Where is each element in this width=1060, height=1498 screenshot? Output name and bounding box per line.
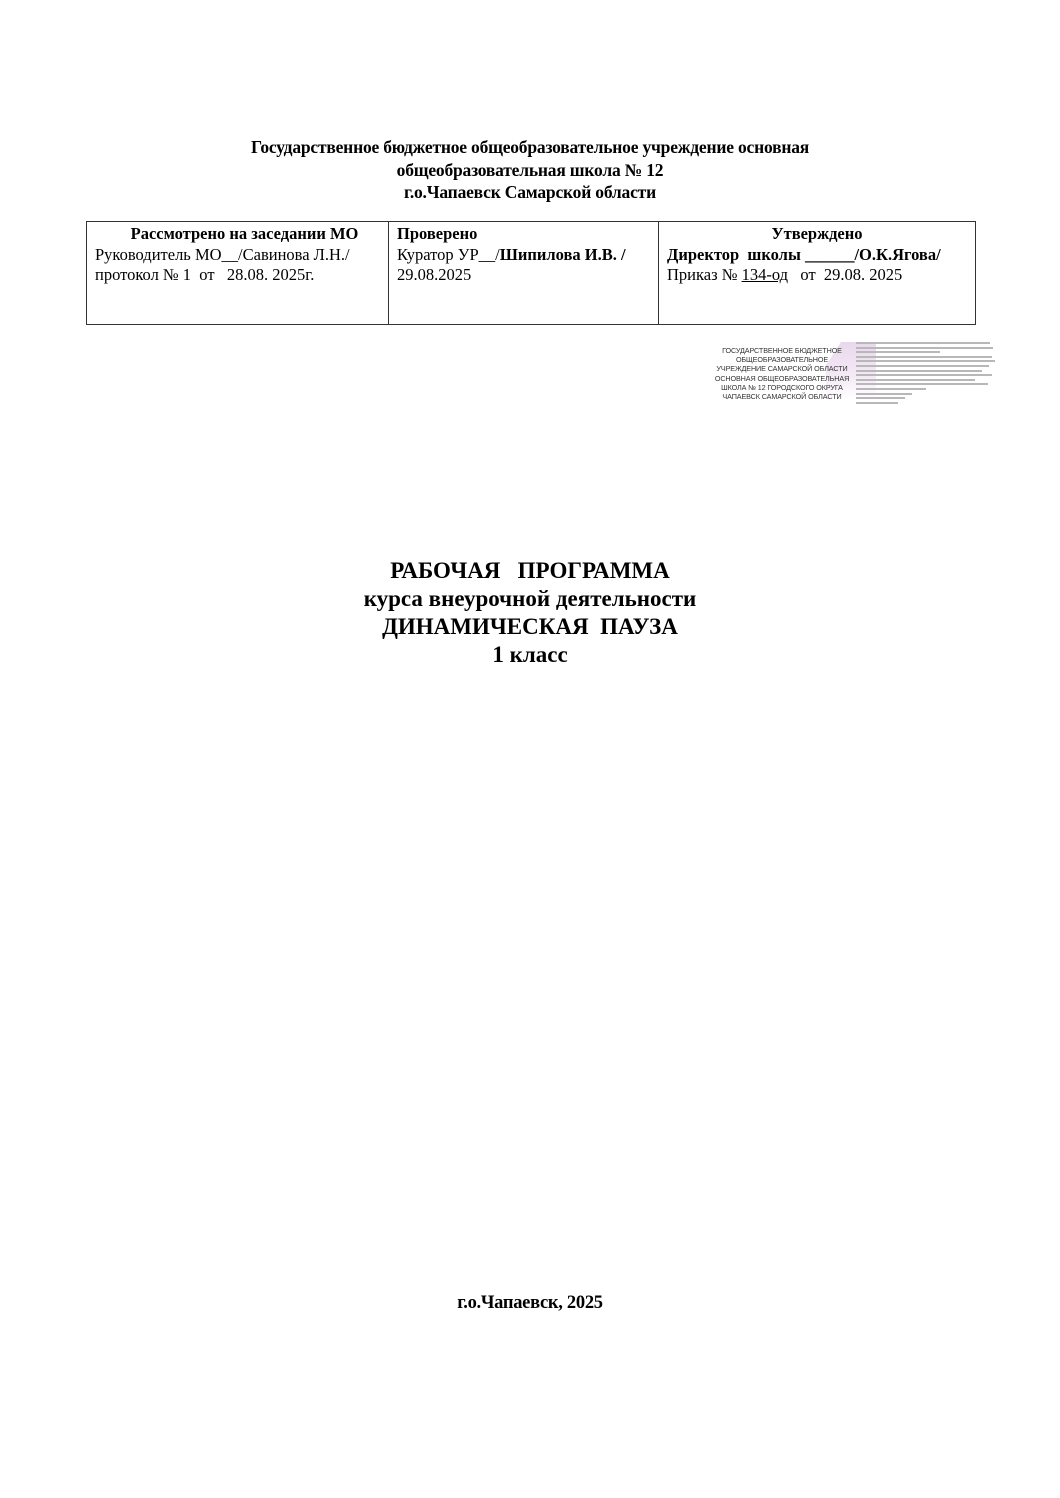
approval-table: Рассмотрено на заседании МО Руководитель… [86,221,976,325]
organization-header: Государственное бюджетное общеобразовате… [0,136,1060,204]
approved-heading: Утверждено [667,224,967,245]
considered-cell: Рассмотрено на заседании МО Руководитель… [87,222,389,325]
considered-heading: Рассмотрено на заседании МО [95,224,380,245]
signature-stamp-line: ОСНОВНАЯ ОБЩЕОБРАЗОВАТЕЛЬНАЯ [706,374,858,383]
signature-stamp-line: УЧРЕЖДЕНИЕ САМАРСКОЙ ОБЛАСТИ [706,364,858,373]
digital-signature-stamp: ГОСУДАРСТВЕННОЕ БЮДЖЕТНОЕ ОБЩЕОБРАЗОВАТЕ… [706,340,996,402]
program-title: РАБОЧАЯ ПРОГРАММА курса внеурочной деяте… [0,557,1060,669]
signature-stamp-line: ГОСУДАРСТВЕННОЕ БЮДЖЕТНОЕ [706,346,858,355]
city-year: г.о.Чапаевск, 2025 [0,1292,1060,1314]
approved-director: Директор школы ______/О.К.Ягова/ [667,245,967,266]
title-line-2: курса внеурочной деятельности [0,585,1060,613]
organization-line-2: общеобразовательная школа № 12 [0,159,1060,182]
signature-stamp-line: ОБЩЕОБРАЗОВАТЕЛЬНОЕ [706,355,858,364]
signature-stamp-organization: ГОСУДАРСТВЕННОЕ БЮДЖЕТНОЕ ОБЩЕОБРАЗОВАТЕ… [706,346,858,401]
approved-order-prefix: Приказ № [667,265,742,284]
approved-order-number: 134-од [742,265,788,284]
title-line-4: 1 класс [0,641,1060,669]
checked-cell: Проверено Куратор УР__/Шипилова И.В. / 2… [389,222,659,325]
approved-cell: Утверждено Директор школы ______/О.К.Яго… [659,222,976,325]
title-line-1: РАБОЧАЯ ПРОГРАММА [0,557,1060,585]
signature-stamp-line: ШКОЛА № 12 ГОРОДСКОГО ОКРУГА [706,383,858,392]
organization-line-1: Государственное бюджетное общеобразовате… [0,136,1060,159]
checked-curator-name: Шипилова И.В. / [500,245,626,264]
signature-stamp-line: ЧАПАЕВСК САМАРСКОЙ ОБЛАСТИ [706,392,858,401]
checked-curator-prefix: Куратор УР__/ [397,245,500,264]
organization-line-3: г.о.Чапаевск Самарской области [0,181,1060,204]
considered-protocol: протокол № 1 от 28.08. 2025г. [95,265,380,286]
considered-head-of-mo: Руководитель МО__/Савинова Л.Н./ [95,245,380,266]
title-line-3: ДИНАМИЧЕСКАЯ ПАУЗА [0,613,1060,641]
signature-stamp-details [856,342,996,406]
checked-date: 29.08.2025 [397,265,650,286]
approved-order-date: от 29.08. 2025 [788,265,902,284]
checked-heading: Проверено [397,224,650,245]
approved-order: Приказ № 134-од от 29.08. 2025 [667,265,967,286]
checked-curator: Куратор УР__/Шипилова И.В. / [397,245,650,266]
